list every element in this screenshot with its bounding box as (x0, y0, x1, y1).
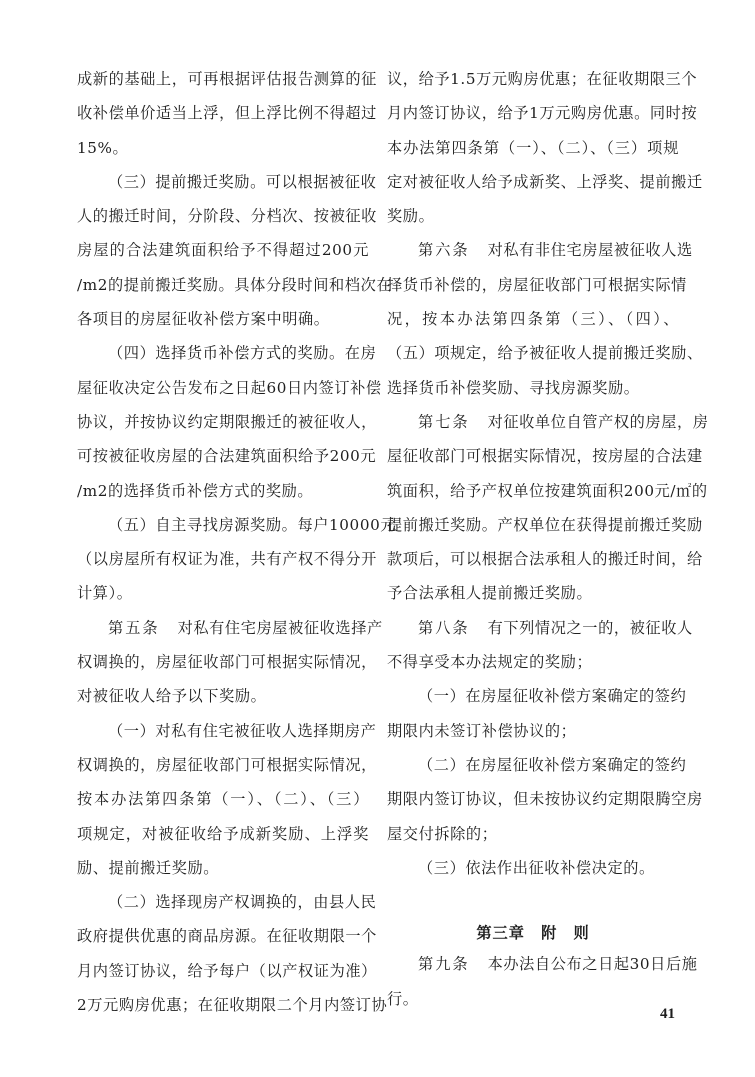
text-line: 2万元购房优惠；在征收期限二个月内签订协 (77, 988, 369, 1022)
section-spacer (387, 885, 679, 919)
text-line: （四）选择货币补偿方式的奖励。在房 (77, 336, 369, 370)
text-line: 屋征收部门可根据实际情况，按房屋的合法建 (387, 439, 679, 473)
text-line: 按本办法第四条第（一）、（二）、（三） (77, 782, 369, 816)
article-text: 对私有非住宅房屋被征收人选 (488, 241, 693, 259)
article-line: 第七条对征收单位自管产权的房屋，房 (387, 405, 679, 439)
text-line: （五）项规定，给予被征收人提前搬迁奖励、 (387, 336, 679, 370)
text-line: 期限内未签订补偿协议的； (387, 714, 679, 748)
article-label: 第九条 (418, 955, 470, 973)
page-number: 41 (660, 1006, 675, 1023)
article-text: 本办法自公布之日起30日后施 (488, 955, 698, 973)
right-column: 议，给予1.5万元购房优惠；在征收期限三个月内签订协议，给予1万元购房优惠。同时… (387, 62, 679, 1016)
article-line: 第六条对私有非住宅房屋被征收人选 (387, 233, 679, 267)
text-line: （一）在房屋征收补偿方案确定的签约 (387, 679, 679, 713)
text-line: （一）对私有住宅被征收人选择期房产 (77, 714, 369, 748)
text-line: 不得享受本办法规定的奖励； (387, 645, 679, 679)
text-line: （以房屋所有权证为准，共有产权不得分开 (77, 542, 369, 576)
text-line: 屋征收决定公告发布之日起60日内签订补偿 (77, 371, 369, 405)
text-line: 可按被征收房屋的合法建筑面积给予200元 (77, 439, 369, 473)
text-line: 项规定，对被征收给予成新奖励、上浮奖 (77, 817, 369, 851)
article-9-line-2: 行。 (387, 982, 679, 1016)
text-line: 奖励。 (387, 199, 679, 233)
chapter-heading: 第三章 附 则 (387, 919, 679, 947)
article-text: 对征收单位自管产权的房屋，房 (488, 413, 709, 431)
text-line: 收补偿单价适当上浮，但上浮比例不得超过 (77, 96, 369, 130)
text-line: /m2的提前搬迁奖励。具体分段时间和档次在 (77, 268, 369, 302)
text-line: 款项后，可以根据合法承租人的搬迁时间，给 (387, 542, 679, 576)
text-line: （三）依法作出征收补偿决定的。 (387, 851, 679, 885)
text-line: 定对被征收人给予成新奖、上浮奖、提前搬迁 (387, 165, 679, 199)
text-line: 各项目的房屋征收补偿方案中明确。 (77, 302, 369, 336)
text-line: 筑面积，给予产权单位按建筑面积200元/㎡的 (387, 474, 679, 508)
article-line: 第八条有下列情况之一的，被征收人 (387, 611, 679, 645)
text-line: 期限内签订协议，但未按协议约定期限腾空房 (387, 782, 679, 816)
text-line: 权调换的，房屋征收部门可根据实际情况， (77, 748, 369, 782)
text-line: 计算）。 (77, 576, 369, 610)
text-line: 权调换的，房屋征收部门可根据实际情况， (77, 645, 369, 679)
text-line: （三）提前搬迁奖励。可以根据被征收 (77, 165, 369, 199)
text-line: 择货币补偿的，房屋征收部门可根据实际情 (387, 268, 679, 302)
article-label: 第六条 (418, 241, 470, 259)
text-line: （二）在房屋征收补偿方案确定的签约 (387, 748, 679, 782)
text-line: 人的搬迁时间，分阶段、分档次、按被征收 (77, 199, 369, 233)
text-line: （五）自主寻找房源奖励。每户10000元 (77, 508, 369, 542)
text-line: 提前搬迁奖励。产权单位在获得提前搬迁奖励 (387, 508, 679, 542)
text-line: 予合法承租人提前搬迁奖励。 (387, 576, 679, 610)
text-line: 成新的基础上，可再根据评估报告测算的征 (77, 62, 369, 96)
article-9-line-1: 第九条本办法自公布之日起30日后施 (387, 947, 679, 981)
text-line: /m2的选择货币补偿方式的奖励。 (77, 474, 369, 508)
article-text: 有下列情况之一的，被征收人 (488, 619, 693, 637)
text-line: 政府提供优惠的商品房源。在征收期限一个 (77, 919, 369, 953)
text-line: （二）选择现房产权调换的，由县人民 (77, 885, 369, 919)
text-line: 本办法第四条第（一）、（二）、（三）项规 (387, 131, 679, 165)
article-text: 对私有住宅房屋被征收选择产 (178, 619, 383, 637)
text-line: 议，给予1.5万元购房优惠；在征收期限三个 (387, 62, 679, 96)
text-line: 房屋的合法建筑面积给予不得超过200元 (77, 233, 369, 267)
text-line: 协议，并按协议约定期限搬迁的被征收人， (77, 405, 369, 439)
text-line: 月内签订协议，给予1万元购房优惠。同时按 (387, 96, 679, 130)
text-line: 15%。 (77, 131, 369, 165)
text-line: 月内签订协议，给予每户（以产权证为准） (77, 954, 369, 988)
article-label: 第七条 (418, 413, 470, 431)
article-label: 第八条 (418, 619, 470, 637)
article-line: 第五条对私有住宅房屋被征收选择产 (77, 611, 369, 645)
text-line: 励、提前搬迁奖励。 (77, 851, 369, 885)
left-column: 成新的基础上，可再根据评估报告测算的征收补偿单价适当上浮，但上浮比例不得超过15… (77, 62, 369, 1022)
text-line: 况，按本办法第四条第（三）、（四）、 (387, 302, 679, 336)
article-label: 第五条 (108, 619, 160, 637)
text-line: 对被征收人给予以下奖励。 (77, 679, 369, 713)
text-line: 选择货币补偿奖励、寻找房源奖励。 (387, 371, 679, 405)
text-line: 屋交付拆除的； (387, 817, 679, 851)
